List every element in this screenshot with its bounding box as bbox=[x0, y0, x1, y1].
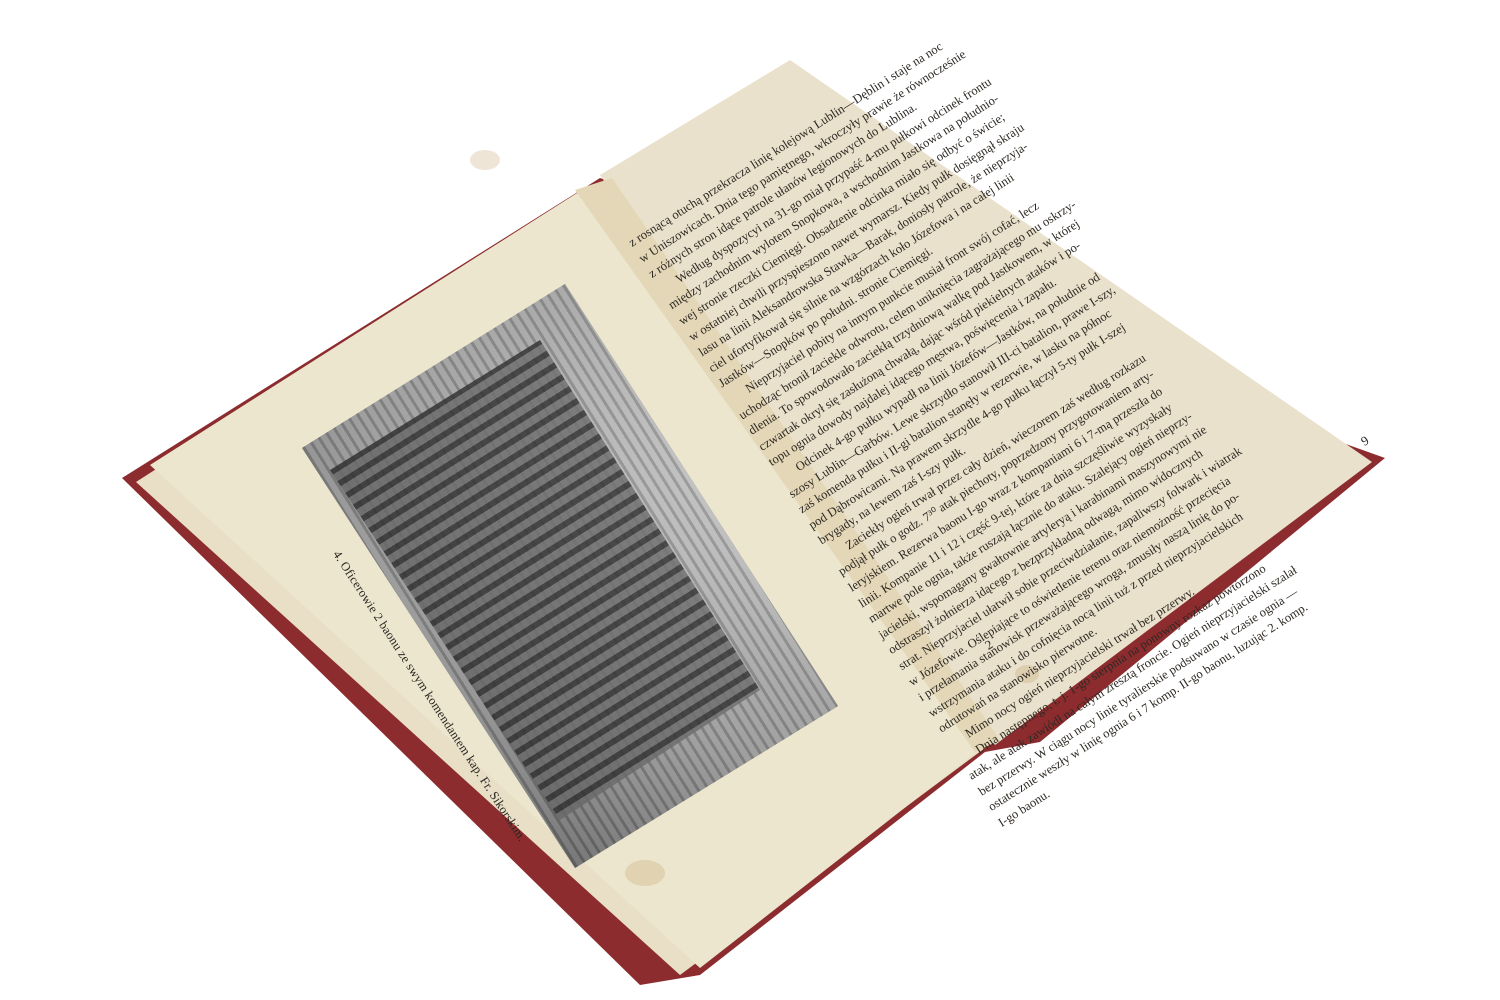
foxing-stain bbox=[625, 860, 665, 886]
page-number: 9 bbox=[1358, 433, 1372, 450]
foxing-stain bbox=[470, 150, 500, 170]
